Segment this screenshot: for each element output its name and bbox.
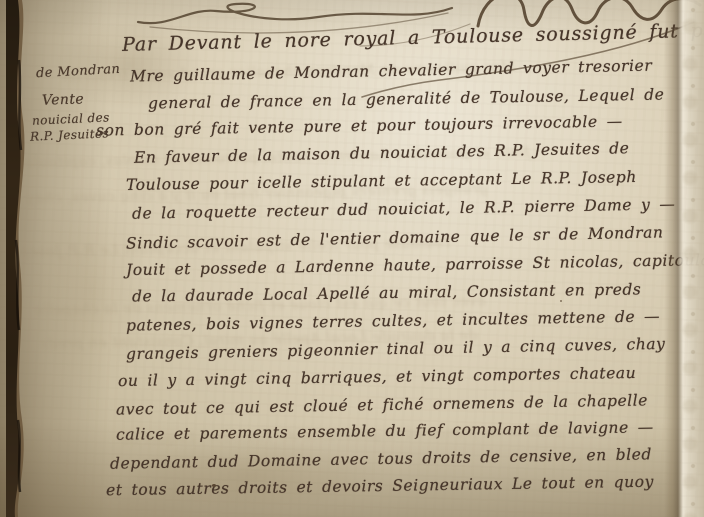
manuscript-line: de la roquette recteur dud nouiciat, le … — [132, 195, 676, 222]
manuscript-line: Par Devant le nore royal a Toulouse sous… — [122, 18, 704, 56]
margin-note: Vente — [42, 91, 85, 108]
manuscript-page: Jouit et possede a Lardenne haute, parro… — [0, 0, 704, 517]
manuscript-line: et tous autres droits et devoirs Seigneu… — [106, 473, 654, 500]
manuscript-line: Mre guillaume de Mondran chevalier grand… — [130, 57, 652, 86]
manuscript-line: patenes, bois vignes terres cultes, et i… — [126, 307, 660, 334]
manuscript-line: En faveur de la maison du nouiciat des R… — [134, 139, 630, 167]
manuscript-line: Jouit et possede a Lardenne haute, parro… — [126, 251, 704, 279]
manuscript-line: de la daurade Local Apellé au miral, Con… — [132, 280, 642, 305]
manuscript-photo: Jouit et possede a Lardenne haute, parro… — [0, 0, 704, 517]
manuscript-line: ou il y a vingt cinq barriques, et vingt… — [118, 364, 636, 390]
manuscript-line: dependant dud Domaine avec tous droits d… — [110, 445, 652, 472]
manuscript-line: Sindic scavoir est de l'entier domaine q… — [126, 223, 664, 252]
ink-spot — [560, 300, 562, 302]
manuscript-line: avec tout ce qui est cloué et fiché orne… — [116, 391, 648, 418]
book-binding-edge — [0, 0, 44, 517]
manuscript-line: calice et parements ensemble du fief com… — [116, 418, 654, 444]
margin-note: de Mondran — [36, 62, 121, 81]
manuscript-line: Toulouse pour icelle stipulant et accept… — [126, 168, 637, 194]
manuscript-line: grangeis greniers pigeonnier tinal ou il… — [126, 335, 666, 363]
manuscript-line: general de france en la generalité de To… — [148, 85, 665, 112]
manuscript-line: son bon gré fait vente pure et pour touj… — [96, 112, 623, 139]
